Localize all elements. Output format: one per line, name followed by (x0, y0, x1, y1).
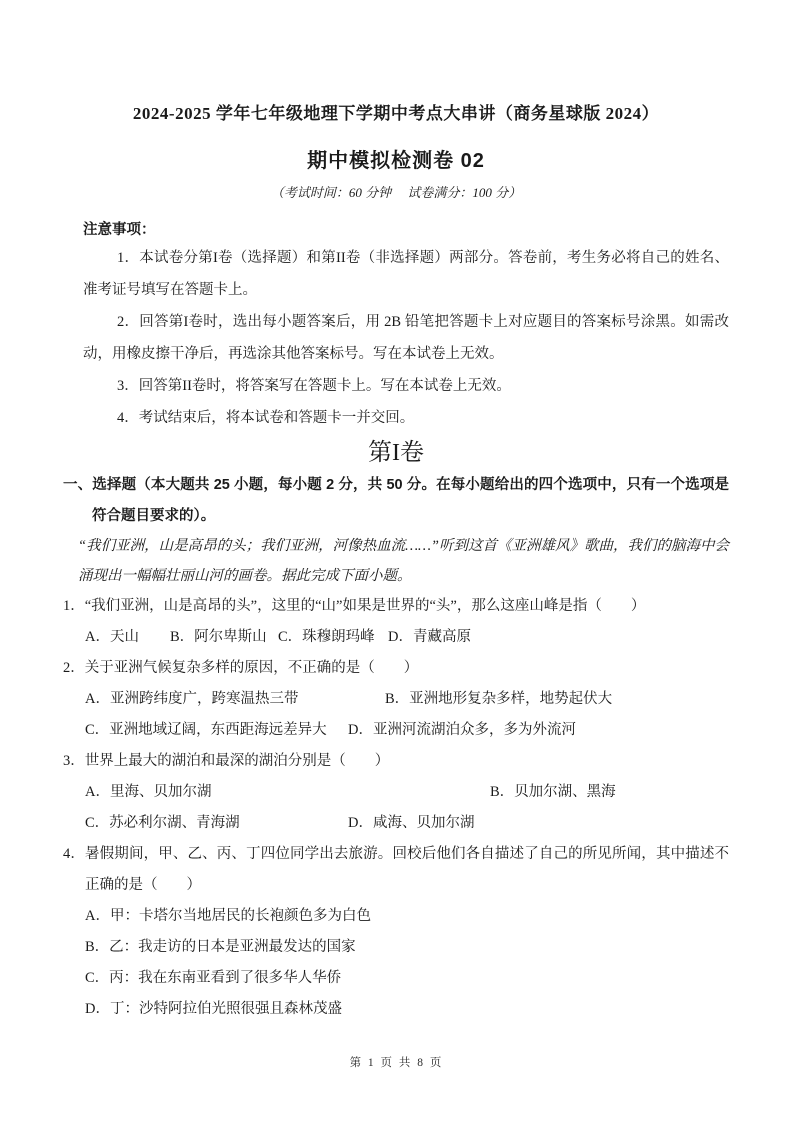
document-subtitle: 期中模拟检测卷 02 (63, 147, 729, 175)
document-title: 2024-2025 学年七年级地理下学期中考点大串讲（商务星球版 2024） (63, 101, 729, 126)
question-2-option-c: C．亚洲地域辽阔，东西距海远差异大 (85, 715, 348, 746)
exam-time-score-info: （考试时间：60 分钟 试卷满分：100 分） (63, 184, 729, 202)
question-2-option-b: B．亚洲地形复杂多样，地势起伏大 (385, 684, 612, 715)
multiple-choice-heading: 一、选择题（本大题共 25 小题，每小题 2 分，共 50 分。在每小题给出的四… (63, 470, 729, 531)
part1-title: 第I卷 (63, 436, 729, 470)
notice-section: 注意事项： 1．本试卷分第I卷（选择题）和第II卷（非选择题）两部分。答卷前，考… (63, 219, 729, 434)
question-1-option-b: B．阿尔卑斯山 (170, 622, 278, 653)
question-2-option-d: D．亚洲河流湖泊众多，多为外流河 (348, 715, 576, 746)
question-3-option-a: A．里海、贝加尔湖 (85, 777, 490, 808)
notice-item-4: 4．考试结束后，将本试卷和答题卡一并交回。 (83, 402, 729, 434)
question-1: 1．“我们亚洲，山是高昂的头”，这里的“山”如果是世界的“头”，那么这座山峰是指… (63, 591, 729, 653)
question-3: 3．世界上最大的湖泊和最深的湖泊分别是（ ） A．里海、贝加尔湖B．贝加尔湖、黑… (63, 746, 729, 839)
exam-paper-page: 2024-2025 学年七年级地理下学期中考点大串讲（商务星球版 2024） 期… (0, 0, 793, 1122)
document-header: 2024-2025 学年七年级地理下学期中考点大串讲（商务星球版 2024） 期… (63, 101, 729, 202)
question-2: 2．关于亚洲气候复杂多样的原因，不正确的是（ ） A．亚洲跨纬度广，跨寒温热三带… (63, 653, 729, 746)
question-3-options-row-2: C．苏必利尔湖、青海湖D．咸海、贝加尔湖 (85, 808, 729, 839)
notice-item-1: 1．本试卷分第I卷（选择题）和第II卷（非选择题）两部分。答卷前，考生务必将自己… (83, 242, 729, 306)
question-4-option-b: B．乙：我走访的日本是亚洲最发达的国家 (85, 932, 729, 963)
question-1-options-row: A．天山B．阿尔卑斯山C．珠穆朗玛峰D．青藏高原 (85, 622, 729, 653)
question-2-option-a: A．亚洲跨纬度广，跨寒温热三带 (85, 684, 385, 715)
question-2-options-row-1: A．亚洲跨纬度广，跨寒温热三带B．亚洲地形复杂多样，地势起伏大 (85, 684, 729, 715)
question-4-text: 4．暑假期间，甲、乙、丙、丁四位同学出去旅游。回校后他们各自描述了自己的所见所闻… (63, 839, 729, 901)
question-passage: “我们亚洲，山是高昂的头；我们亚洲，河像热血流……”听到这首《亚洲雄风》歌曲，我… (78, 531, 729, 591)
part1-section: 第I卷 一、选择题（本大题共 25 小题，每小题 2 分，共 50 分。在每小题… (63, 436, 729, 1025)
notice-item-3: 3．回答第II卷时，将答案写在答题卡上。写在本试卷上无效。 (83, 370, 729, 402)
question-1-option-d: D．青藏高原 (388, 622, 471, 653)
question-4-option-a: A．甲：卡塔尔当地居民的长袍颜色多为白色 (85, 901, 729, 932)
question-4-option-c: C．丙：我在东南亚看到了很多华人华侨 (85, 963, 729, 994)
question-4-option-d: D．丁：沙特阿拉伯光照很强且森林茂盛 (85, 994, 729, 1025)
question-3-option-b: B．贝加尔湖、黑海 (490, 777, 616, 808)
question-3-options-row-1: A．里海、贝加尔湖B．贝加尔湖、黑海 (85, 777, 729, 808)
question-1-text: 1．“我们亚洲，山是高昂的头”，这里的“山”如果是世界的“头”，那么这座山峰是指… (63, 591, 729, 622)
question-1-option-c: C．珠穆朗玛峰 (278, 622, 388, 653)
question-2-text: 2．关于亚洲气候复杂多样的原因，不正确的是（ ） (63, 653, 729, 684)
question-1-option-a: A．天山 (85, 622, 170, 653)
question-4: 4．暑假期间，甲、乙、丙、丁四位同学出去旅游。回校后他们各自描述了自己的所见所闻… (63, 839, 729, 1025)
notice-label: 注意事项： (83, 219, 729, 242)
question-2-options-row-2: C．亚洲地域辽阔，东西距海远差异大D．亚洲河流湖泊众多，多为外流河 (85, 715, 729, 746)
notice-item-2: 2．回答第I卷时，选出每小题答案后，用 2B 铅笔把答题卡上对应题目的答案标号涂… (83, 306, 729, 370)
question-3-option-c: C．苏必利尔湖、青海湖 (85, 808, 348, 839)
question-3-option-d: D．咸海、贝加尔湖 (348, 808, 474, 839)
question-3-text: 3．世界上最大的湖泊和最深的湖泊分别是（ ） (63, 746, 729, 777)
page-number-indicator: 第 1 页 共 8 页 (0, 1054, 793, 1070)
